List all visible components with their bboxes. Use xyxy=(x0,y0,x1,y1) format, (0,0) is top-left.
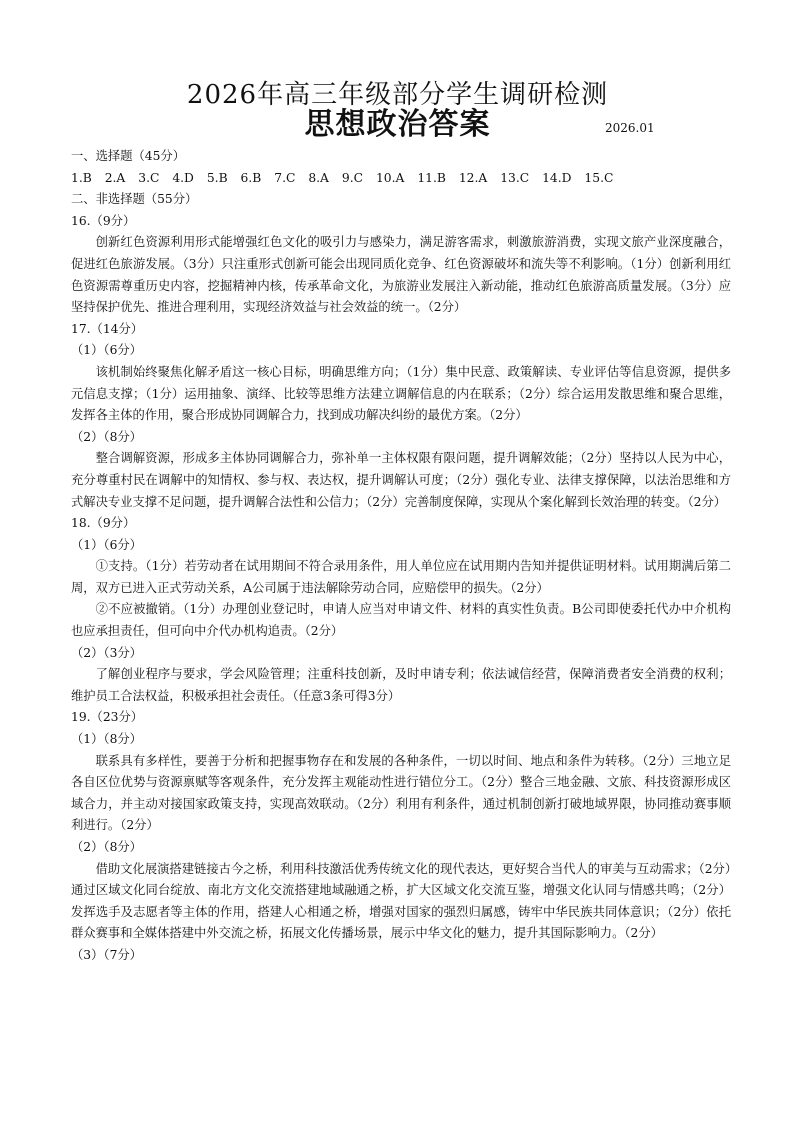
question-19-part1-answer: 联系具有多样性，要善于分析和把握事物存在和发展的各种条件，一切以时间、地点和条件… xyxy=(71,751,731,837)
answer-item: 15.C xyxy=(584,171,613,185)
question-19-part3-label: （3）（7分） xyxy=(71,945,731,967)
section-heading-choice: 一、选择题（45分） xyxy=(71,146,731,168)
question-18-label: 18.（9分） xyxy=(71,513,731,535)
question-18-part1-label: （1）（6分） xyxy=(71,535,731,557)
answer-sheet-page: 2026年高三年级部分学生调研检测 思想政治答案 2026.01 一、选择题（4… xyxy=(0,0,795,1123)
subject-title: 思想政治答案 xyxy=(0,108,795,142)
section-heading-nonchoice: 二、非选择题（55分） xyxy=(71,189,731,211)
answer-item: 5.B xyxy=(207,171,228,185)
question-17-part2-answer: 整合调解资源，形成多主体协同调解合力，弥补单一主体权限有限问题，提升调解效能；（… xyxy=(71,448,731,513)
answer-item: 10.A xyxy=(376,171,404,185)
answer-item: 3.C xyxy=(138,171,159,185)
question-17-part1-answer: 该机制始终聚焦化解矛盾这一核心目标，明确思维方向；（1分）集中民意、政策解读、专… xyxy=(71,362,731,427)
answer-item: 13.C xyxy=(500,171,529,185)
choice-answers: 1.B 2.A 3.C 4.D 5.B 6.B 7.C 8.A 9.C 10.A… xyxy=(71,168,731,190)
answer-item: 12.A xyxy=(459,171,487,185)
question-16-answer: 创新红色资源利用形式能增强红色文化的吸引力与感染力，满足游客需求，刺激旅游消费，… xyxy=(71,232,731,318)
answer-item: 8.A xyxy=(308,171,329,185)
answer-item: 11.B xyxy=(417,171,446,185)
document-body: 一、选择题（45分） 1.B 2.A 3.C 4.D 5.B 6.B 7.C 8… xyxy=(71,146,731,967)
question-19-part2-label: （2）（8分） xyxy=(71,837,731,859)
question-18-part1-answer-a: ①支持。（1分）若劳动者在试用期间不符合录用条件，用人单位应在试用期内告知并提供… xyxy=(71,556,731,599)
answer-item: 14.D xyxy=(542,171,571,185)
question-19-part2-answer: 借助文化展演搭建链接古今之桥，利用科技激活优秀传统文化的现代表达，更好契合当代人… xyxy=(71,859,731,945)
question-17-label: 17.（14分） xyxy=(71,319,731,341)
exam-date: 2026.01 xyxy=(605,121,655,135)
answer-item: 6.B xyxy=(241,171,262,185)
question-17-part1-label: （1）（6分） xyxy=(71,340,731,362)
question-16-label: 16.（9分） xyxy=(71,211,731,233)
answer-item: 1.B xyxy=(71,171,92,185)
question-18-part2-answer: 了解创业程序与要求，学会风险管理；注重科技创新，及时申请专利；依法诚信经营，保障… xyxy=(71,664,731,707)
answer-item: 7.C xyxy=(274,171,295,185)
answer-item: 9.C xyxy=(342,171,363,185)
question-18-part2-label: （2）（3分） xyxy=(71,643,731,665)
question-18-part1-answer-b: ②不应被撤销。（1分）办理创业登记时，申请人应当对申请文件、材料的真实性负责。B… xyxy=(71,599,731,642)
exam-title: 2026年高三年级部分学生调研检测 xyxy=(0,80,795,110)
answer-item: 4.D xyxy=(172,171,194,185)
answer-item: 2.A xyxy=(105,171,126,185)
question-19-part1-label: （1）（8分） xyxy=(71,729,731,751)
question-17-part2-label: （2）（8分） xyxy=(71,427,731,449)
question-19-label: 19.（23分） xyxy=(71,707,731,729)
